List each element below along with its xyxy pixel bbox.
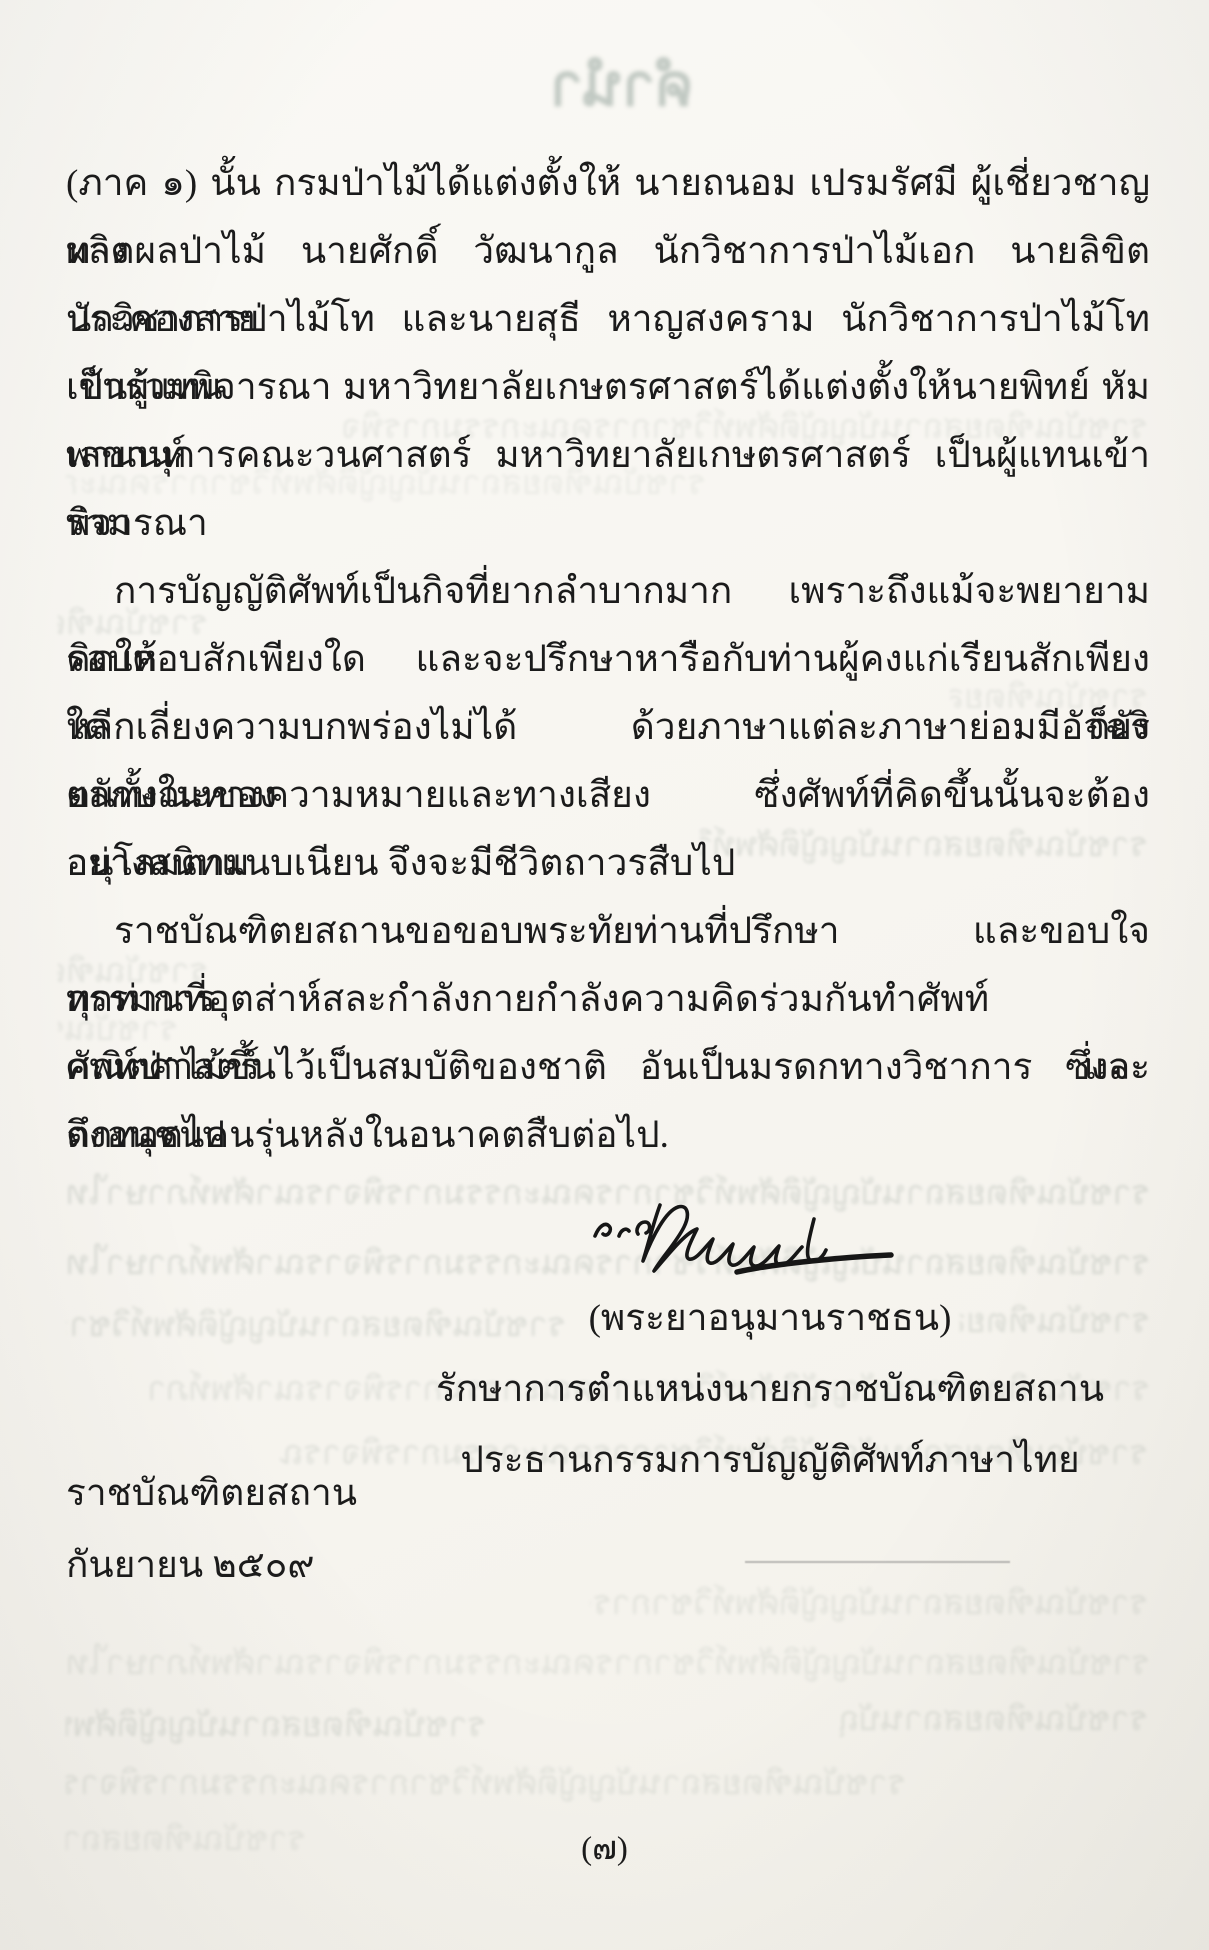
bleedthrough-text: ราชบัณฑิตยสถานบัญญัติศัพท์วิชาการคณะกรรม… [66, 1700, 486, 1752]
body-line: ผลิตผลป่าไม้ นายศักดิ์ วัฒนากูล นักวิชาก… [66, 218, 1150, 286]
body-line: ศัพท์ป่าไม้ขึ้นไว้เป็นสมบัติของชาติ อันเ… [66, 1034, 1150, 1102]
signature-block: (พระยาอนุมานราชธน) รักษาการตำแหน่งนายกรา… [400, 1283, 1140, 1496]
signer-title-committee-chair: ประธานกรรมการบัญญัติศัพท์ภาษาไทย [400, 1425, 1140, 1496]
issue-date: กันยายน ๒๕๐๙ [66, 1530, 357, 1602]
bleedthrough-footnote-rule [745, 1561, 1010, 1563]
bleedthrough-text: ราชบัณฑิตยสถานบัญญัติศัพท์วิชาการคณะกรรม… [66, 1758, 906, 1810]
scanned-book-page: คำนำ ราชบัณฑิตยสถานบัญญัติศัพท์วิชาการคณ… [0, 0, 1209, 1950]
page-number: (๗) [0, 1824, 1209, 1874]
body-line: พิจารณา [66, 490, 1150, 558]
bleedthrough-text: ราชบัณฑิตยสถานบัญญัติศัพท์วิชาการคณะกรรม… [66, 1638, 1150, 1690]
bleedthrough-heading: คำนำ [492, 46, 752, 126]
body-line: (ภาค ๑) นั้น กรมป่าไม้ได้แต่งตั้งให้ นาย… [66, 150, 1150, 218]
issuer-block: ราชบัณฑิตยสถาน กันยายน ๒๕๐๙ [66, 1458, 357, 1602]
signer-name: (พระยาอนุมานราชธน) [400, 1283, 1140, 1354]
signature-handwriting [585, 1170, 925, 1293]
body-line: อย่างสนิทแนบเนียน จึงจะมีชีวิตถาวรสืบไป [66, 830, 1150, 898]
body-line: เลขานุการคณะวนศาสตร์ มหาวิทยาลัยเกษตรศาส… [66, 422, 1150, 490]
body-line: หลีกเลี่ยงความบกพร่องไม่ได้ ด้วยภาษาแต่ล… [66, 694, 1150, 762]
bleedthrough-text: ราชบัณฑิตยสถานบัญญัติศัพท์วิชาการคณะกรรม… [840, 1694, 1148, 1746]
body-line: เข้าร่วมพิจารณา มหาวิทยาลัยเกษตรศาสตร์ได… [66, 354, 1150, 422]
body-line: รอบคอบสักเพียงใด และจะปรึกษาหารือกับท่าน… [66, 626, 1150, 694]
body-line: ทุกท่านที่อุตส่าห์สละกำลังกายกำลังความคิ… [66, 966, 1150, 1034]
body-line: การบัญญัติศัพท์เป็นกิจที่ยากลำบากมาก เพร… [66, 558, 1150, 626]
body-line: นักวิชาการป่าไม้โท และนายสุธี หาญสงคราม … [66, 286, 1150, 354]
body-line: ถึงอนุชนคนรุ่นหลังในอนาคตสืบต่อไป. [66, 1102, 1150, 1170]
issuer-organization: ราชบัณฑิตยสถาน [66, 1458, 357, 1530]
preface-body: (ภาค ๑) นั้น กรมป่าไม้ได้แต่งตั้งให้ นาย… [66, 150, 1150, 1170]
signer-title-acting-president: รักษาการตำแหน่งนายกราชบัณฑิตยสถาน [400, 1354, 1140, 1425]
body-line: ตนทั้งในทางความหมายและทางเสียง ซึ่งศัพท์… [66, 762, 1150, 830]
body-line: ราชบัณฑิตยสถานขอขอบพระทัยท่านที่ปรึกษา แ… [66, 898, 1150, 966]
bleedthrough-text: ราชบัณฑิตยสถานบัญญัติศัพท์วิชาการคณะกรรม… [590, 1578, 1148, 1630]
